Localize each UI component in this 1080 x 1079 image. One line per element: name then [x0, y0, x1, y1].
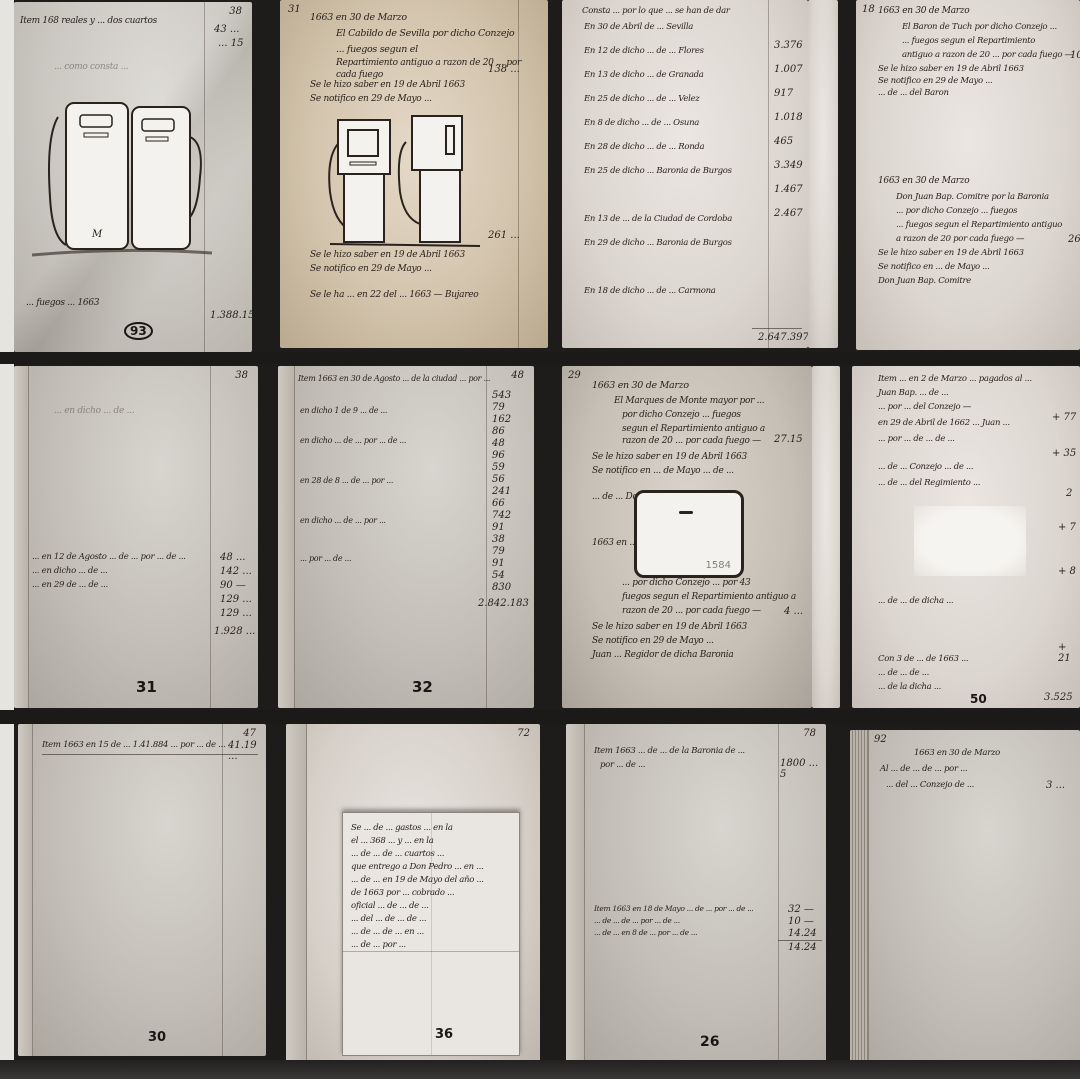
handwritten-line: ... por dicho Conzejo ... fuegos: [896, 206, 1017, 216]
handwritten-line: En 25 de dicho ... de ... Velez: [584, 94, 699, 104]
folio-number: 38: [235, 370, 248, 381]
handwritten-line: ... del ... de ... de ...: [351, 914, 426, 924]
ruled-line: [486, 366, 487, 708]
handwritten-line: de 1663 por ... cobrado ...: [351, 888, 454, 898]
page-number: 32: [412, 678, 433, 696]
ledger-page-edge: [808, 0, 838, 348]
ledger-total: 2.647.397: [758, 332, 808, 343]
page-number: 50: [970, 692, 987, 706]
ledger-amount: 79: [492, 546, 505, 557]
ledger-amount: 14.24: [788, 928, 817, 939]
handwritten-line: 1663 en 30 de Marzo: [914, 748, 1000, 758]
handwritten-line: ... de ... del Baron: [878, 88, 949, 98]
handwritten-line: ... fuegos segun el Repartimiento: [902, 36, 1035, 46]
handwritten-line: ... en dicho ... de ...: [54, 406, 134, 416]
frame-bar: [0, 1060, 1080, 1079]
ledger-amount: 43 ...: [214, 24, 239, 35]
ruled-line: [518, 0, 519, 348]
box-number: 1584: [706, 560, 731, 571]
page-margin: [286, 724, 307, 1062]
ledger-amount: 91: [492, 522, 505, 533]
panel-r1c3-adjacent-margin: [808, 0, 838, 348]
handwritten-line: En 25 de dicho ... Baronia de Burgos: [584, 166, 732, 176]
handwritten-line: Con 3 de ... de 1663 ...: [878, 654, 968, 664]
handwritten-line: Se le hizo saber en 19 de Abril 1663: [878, 64, 1024, 74]
page-margin: [566, 724, 585, 1064]
handwritten-line: El Baron de Tuch por dicho Conzejo ...: [902, 22, 1057, 32]
folio-number: 29: [568, 370, 581, 381]
folio-number: 38: [229, 6, 242, 17]
handwritten-line: en dicho ... de ... por ...: [300, 516, 386, 525]
ledger-amount: 2.467: [774, 208, 803, 219]
handwritten-line: ... de la dicha ...: [878, 682, 941, 692]
folio-number: 78: [803, 728, 816, 739]
handwritten-line: 1663 en 30 de Marzo: [878, 176, 969, 186]
handwritten-line: que entrego a Don Pedro ... en ...: [351, 862, 483, 872]
handwritten-line: ... fuegos ... 1663: [26, 298, 99, 308]
box-slot: [679, 511, 693, 514]
handwritten-line: Se le hizo saber en 19 de Abril 1663: [878, 248, 1024, 258]
handwritten-line: 1663 en 30 de Marzo: [592, 380, 689, 391]
handwritten-line: ... de ... Conzejo ... de ...: [878, 462, 973, 472]
folio-number: 72: [517, 728, 530, 739]
handwritten-line: En 28 de dicho ... de ... Ronda: [584, 142, 704, 152]
ruled-line: [222, 724, 223, 1056]
ledger-amount: 3 ...: [1046, 780, 1065, 791]
handwritten-line: ... en dicho ... de ...: [32, 566, 107, 576]
ledger-amount: 41.19 ...: [228, 740, 266, 762]
ledger-total: 14.24: [788, 942, 817, 953]
ledger-amount: 138 ...: [488, 64, 520, 75]
handwritten-line: ... por dicho Conzejo ... por 43: [622, 578, 750, 588]
page-margin: [278, 366, 295, 708]
handwritten-line: ... fuegos segun el: [336, 44, 418, 55]
handwritten-line: En 18 de dicho ... de ... Carmona: [584, 286, 716, 296]
handwritten-line: Don Juan Bap. Comitre: [878, 276, 971, 286]
panel-r2c4: Item ... en 2 de Marzo ... pagados al ..…: [852, 366, 1080, 708]
ledger-amount: 59: [492, 462, 505, 473]
ledger-amount: 162: [492, 414, 511, 425]
gas-pumps-overpaint: [320, 112, 500, 252]
ledger-amount: 38: [492, 534, 505, 545]
handwritten-line: ... de ... de ... por ... de ...: [594, 916, 680, 925]
handwritten-line: ... por ... del Conzejo —: [878, 402, 971, 412]
ledger-amount: + 35: [1052, 448, 1076, 459]
ledger-amount: 1.388.15: [210, 310, 252, 321]
handwritten-line: ... del ... Conzejo de ...: [886, 780, 974, 790]
handwritten-line: Item ... en 2 de Marzo ... pagados al ..…: [878, 374, 1032, 384]
handwritten-line: En 13 de dicho ... de Granada: [584, 70, 704, 80]
ledger-amount: 917: [774, 88, 793, 99]
ledger-amount: 465: [774, 136, 793, 147]
ledger-amount: 79: [492, 402, 505, 413]
ledger-amount: 241: [492, 486, 511, 497]
page-number: 26: [700, 1034, 719, 1050]
ledger-amount: 3.349: [774, 160, 803, 171]
ledger-amount: ... 15: [218, 38, 243, 49]
page-margin: [14, 366, 29, 708]
ledger-amount: 54: [492, 570, 505, 581]
handwritten-line: Item 1663 ... de ... de la Baronia de ..…: [594, 746, 745, 756]
handwritten-line: En 12 de dicho ... de ... Flores: [584, 46, 704, 56]
handwritten-line: en 29 de Abril de 1662 ... Juan ...: [878, 418, 1010, 428]
ledger-amount: 48: [492, 438, 505, 449]
folio-number: 18: [862, 4, 875, 15]
ledger-amount: 27.15: [774, 434, 803, 445]
ledger-amount: 48 ...: [220, 552, 245, 563]
handwritten-line: ... en 29 de ... de ...: [32, 580, 108, 590]
panel-r3c1: 47 Item 1663 en 15 de ... 1.41.884 ... p…: [18, 724, 266, 1056]
handwritten-line: razon de 20 ... por cada fuego —: [622, 436, 761, 446]
ledger-amount: 10: [1070, 50, 1080, 61]
ruled-line: [42, 754, 258, 755]
handwritten-line: Consta ... por lo que ... se han de dar: [582, 6, 730, 16]
handwritten-line: ... de ... de ... cuartos ...: [351, 849, 444, 859]
page-margin: [18, 724, 33, 1056]
handwritten-line: Se le hizo saber en 19 de Abril 1663: [310, 80, 465, 90]
handwritten-line: antiguo a razon de 20 ... por cada fuego…: [902, 50, 1073, 60]
handwritten-line: ... como consta ...: [54, 62, 128, 72]
ledger-amount: 10 —: [788, 916, 814, 927]
handwritten-line: Juan ... Regidor de dicha Baronia: [592, 650, 733, 660]
ledger-amount: 66: [492, 498, 505, 509]
handwritten-line: Se le hizo saber en 19 de Abril 1663: [592, 452, 747, 462]
ledger-total: 2.842.183: [478, 598, 529, 609]
panel-r2c3: 29 1663 en 30 de Marzo El Marques de Mon…: [562, 366, 812, 708]
handwritten-line: El Marques de Monte mayor por ...: [614, 396, 764, 406]
artwork-wall: 38 Item 168 reales y ... dos cuartos ...…: [0, 0, 1080, 1079]
panel-r3c4: 92 1663 en 30 de Marzo Al ... de ... de …: [850, 730, 1080, 1070]
svg-text:M: M: [91, 229, 103, 240]
white-box-overpaint: 1584: [634, 490, 744, 578]
handwritten-line: Se notifico en 29 de Mayo ...: [878, 76, 992, 86]
ledger-amount: + 21: [1058, 642, 1080, 664]
total-rule: [778, 940, 822, 941]
ledger-amount: 4 ...: [784, 606, 803, 617]
handwritten-line: Se notifico en ... de Mayo ... de ...: [592, 466, 734, 476]
ledger-amount: 1800 ... 5: [780, 758, 826, 780]
handwritten-line: En 13 de ... de la Ciudad de Cordoba: [584, 214, 732, 224]
ledger-amount: 1.018: [774, 112, 803, 123]
gas-pumps-overpaint: M: [32, 97, 212, 257]
ledger-amount: 2: [1066, 488, 1072, 499]
ledger-total: 1.928 ...: [214, 626, 255, 637]
handwritten-line: El Cabildo de Sevilla por dicho Conzejo: [336, 28, 514, 39]
folio-number: 47: [243, 728, 256, 739]
ledger-amount: 56: [492, 474, 505, 485]
panel-r2c3-adjacent-margin: [812, 366, 840, 708]
white-patch-overpaint: [914, 506, 1026, 576]
ledger-amount: 742: [492, 510, 511, 521]
panel-r2c1: 38 ... en dicho ... de ... ... en 12 de …: [14, 366, 258, 708]
ledger-amount: 142 ...: [220, 566, 252, 577]
handwritten-line: Se ... de ... gastos ... en la: [351, 823, 453, 833]
handwritten-line: Se le hizo saber en 19 de Abril 1663: [592, 622, 747, 632]
handwritten-line: el ... 368 ... y ... en la: [351, 836, 434, 846]
frame-bar: [0, 710, 1080, 724]
handwritten-line: ... de ... en 19 de Mayo del año ...: [351, 875, 484, 885]
ledger-amount: 3.376: [774, 40, 803, 51]
page-number: 31: [136, 678, 157, 696]
panel-r1c3: Consta ... por lo que ... se han de dar …: [562, 0, 808, 348]
ruled-line: [778, 724, 779, 1064]
ledger-amount: 1.467: [774, 184, 803, 195]
ledger-amount: 90 —: [220, 580, 246, 591]
handwritten-line: en dicho 1 de 9 ... de ...: [300, 406, 387, 415]
handwritten-line: Se notifico en 29 de Mayo ...: [310, 94, 432, 104]
page-margin: [850, 730, 869, 1070]
ledger-amount: 129 ...: [220, 608, 252, 619]
ruled-line: [210, 366, 211, 708]
handwritten-line: ... por ... de ...: [300, 554, 351, 563]
handwritten-line: Se le ha ... en 22 del ... 1663 — Bujare…: [310, 290, 478, 300]
folio-number: 92: [874, 734, 887, 745]
ledger-amount: + 8: [1058, 566, 1076, 577]
handwritten-line: ... de ... de ...: [878, 668, 929, 678]
handwritten-line: En 29 de dicho ... Baronia de Burgos: [584, 238, 732, 248]
handwritten-line: 1663 en ...: [592, 538, 637, 548]
handwritten-line: En 30 de Abril de ... Sevilla: [584, 22, 693, 32]
handwritten-line: en dicho ... de ... por ... de ...: [300, 436, 406, 445]
handwritten-line: Item 168 reales y ... dos cuartos: [20, 16, 157, 26]
handwritten-line: oficial ... de ... de ...: [351, 901, 429, 911]
panel-r2c2: 48 Item 1663 en 30 de Agosto ... de la c…: [278, 366, 534, 708]
ruled-line: [768, 0, 769, 348]
ledger-total: 3.525: [1044, 692, 1073, 703]
handwritten-line: Juan Bap. ... de ...: [878, 388, 948, 398]
ledger-page: [14, 366, 258, 708]
handwritten-line: 1663 en 30 de Marzo: [310, 12, 407, 23]
handwritten-line: ... de ... en 8 de ... por ... de ...: [594, 928, 697, 937]
handwritten-line: cada fuego: [336, 70, 383, 80]
handwritten-line: En 8 de dicho ... de ... Osuna: [584, 118, 699, 128]
ledger-page-edge: [812, 366, 840, 708]
inserted-note: Se ... de ... gastos ... en la el ... 36…: [342, 812, 520, 1056]
panel-r3c3: 78 Item 1663 ... de ... de la Baronia de…: [566, 724, 826, 1064]
handwritten-line: ... de ... de ... en ...: [351, 927, 424, 937]
handwritten-line: por dicho Conzejo ... fuegos: [622, 410, 741, 420]
frame-bar: [0, 352, 1080, 364]
ledger-amount: 830: [492, 582, 511, 593]
handwritten-line: en 28 de 8 ... de ... por ...: [300, 476, 393, 485]
ledger-amount: + 77: [1052, 412, 1076, 423]
ledger-page: [18, 724, 266, 1056]
ledger-amount: 543: [492, 390, 511, 401]
handwritten-line: Se notifico en 29 de Mayo ...: [592, 636, 714, 646]
handwritten-line: Don Juan Bap. Comitre por la Baronia: [896, 192, 1049, 202]
folio-number: 31: [288, 4, 301, 15]
ledger-amount: 129 ...: [220, 594, 252, 605]
page-number: 30: [148, 1030, 166, 1045]
handwritten-line: ... fuegos segun el Repartimiento antigu…: [896, 220, 1062, 230]
panel-r3c2: 72 Se ... de ... gastos ... en la el ...…: [286, 724, 540, 1062]
panel-r1c4: 18 1663 en 30 de Marzo El Baron de Tuch …: [856, 0, 1080, 350]
handwritten-line: a razon de 20 por cada fuego —: [896, 234, 1024, 244]
ledger-amount: 261 ...: [488, 230, 520, 241]
handwritten-line: ... de ... del Regimiento ...: [878, 478, 980, 488]
handwritten-line: Se le hizo saber en 19 de Abril 1663: [310, 250, 465, 260]
ledger-amount: 1.007: [774, 64, 803, 75]
panel-r1c2: 31 1663 en 30 de Marzo El Cabildo de Sev…: [280, 0, 548, 348]
handwritten-line: ... por ... de ... de ...: [878, 434, 955, 444]
total-rule: [752, 328, 802, 329]
handwritten-line: Item 1663 en 15 de ... 1.41.884 ... por …: [42, 740, 225, 750]
ledger-amount: 86: [492, 426, 505, 437]
handwritten-line: segun el Repartimiento antiguo a: [622, 424, 765, 434]
handwritten-line: ... de ... por ...: [351, 940, 406, 950]
handwritten-line: ... de ... de dicha ...: [878, 596, 953, 606]
page-number: 36: [435, 1027, 453, 1042]
ledger-amount: 32 —: [788, 904, 814, 915]
ledger-amount: 96: [492, 450, 505, 461]
folio-number: 48: [511, 370, 524, 381]
handwritten-line: Item 1663 en 30 de Agosto ... de la ciud…: [298, 374, 490, 383]
handwritten-line: 1663 en 30 de Marzo: [878, 6, 969, 16]
panel-r1c1: 38 Item 168 reales y ... dos cuartos ...…: [14, 2, 252, 352]
ledger-amount: 26: [1068, 234, 1080, 245]
page-number: 93: [124, 322, 153, 340]
handwritten-line: por ... de ...: [600, 760, 645, 770]
handwritten-line: ... en 12 de Agosto ... de ... por ... d…: [32, 552, 186, 562]
ledger-amount: 91: [492, 558, 505, 569]
handwritten-line: fuegos segun el Repartimiento antiguo a: [622, 592, 796, 602]
handwritten-line: Al ... de ... de ... por ...: [880, 764, 967, 774]
handwritten-line: Item 1663 en 18 de Mayo ... de ... por .…: [594, 904, 753, 913]
handwritten-line: Se notifico en ... de Mayo ...: [878, 262, 989, 272]
handwritten-line: razon de 20 ... por cada fuego —: [622, 606, 761, 616]
handwritten-line: Se notifico en 29 de Mayo ...: [310, 264, 432, 274]
ledger-amount: + 7: [1058, 522, 1076, 533]
